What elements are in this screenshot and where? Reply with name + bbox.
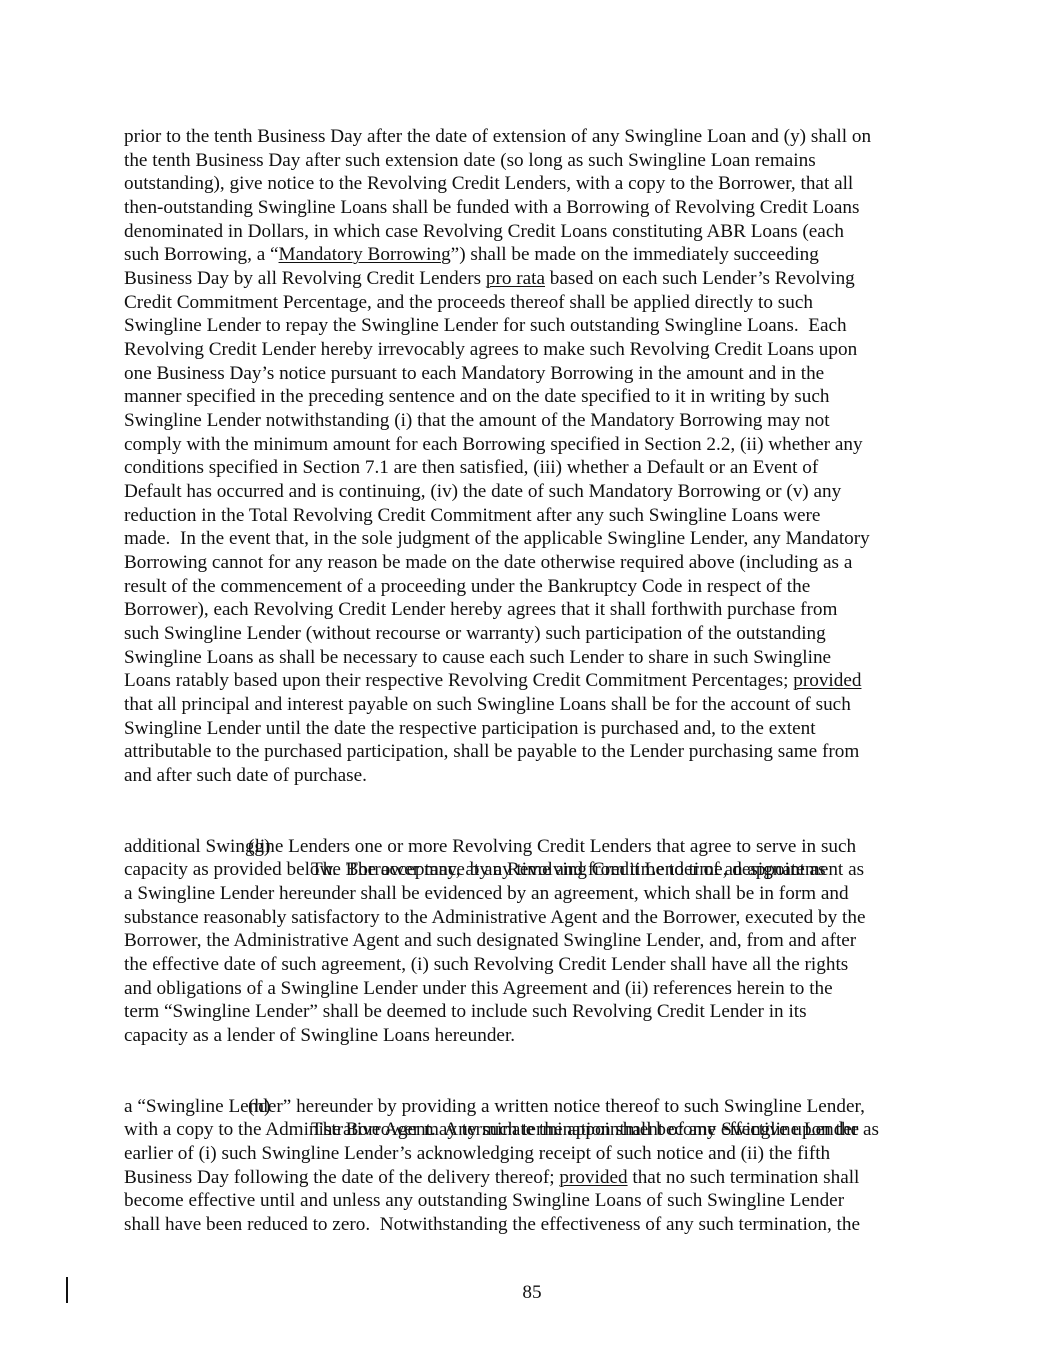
text-line: additional Swingline Lenders one or more… <box>124 835 856 859</box>
text-line: comply with the minimum amount for each … <box>124 433 863 457</box>
text-line: one Business Day’s notice pursuant to ea… <box>124 362 824 386</box>
text-line: Credit Commitment Percentage, and the pr… <box>124 291 813 315</box>
text-line: denominated in Dollars, in which case Re… <box>124 220 844 244</box>
text-line: Borrowing cannot for any reason be made … <box>124 551 852 575</box>
text-line: Business Day following the date of the d… <box>124 1166 859 1190</box>
text-line: Swingline Lender until the date the resp… <box>124 717 816 741</box>
text-line: outstanding), give notice to the Revolvi… <box>124 172 853 196</box>
page-number: 85 <box>0 1281 1055 1304</box>
text-line: result of the commencement of a proceedi… <box>124 575 810 599</box>
text-line: made. In the event that, in the sole jud… <box>124 527 870 551</box>
text-line: and obligations of a Swingline Lender un… <box>124 977 833 1001</box>
text-line: and after such date of purchase. <box>124 764 367 788</box>
text-line: reduction in the Total Revolving Credit … <box>124 504 820 528</box>
text-line: capacity as provided below. The acceptan… <box>124 858 864 882</box>
text-line: such Borrowing, a “Mandatory Borrowing”)… <box>124 243 819 267</box>
text-segment: Business Day following the date of the d… <box>124 1167 559 1188</box>
text-line: Swingline Lender to repay the Swingline … <box>124 314 847 338</box>
text-line: earlier of (i) such Swingline Lender’s a… <box>124 1142 830 1166</box>
text-line: the effective date of such agreement, (i… <box>124 953 848 977</box>
text-line: (h) The Borrower may terminate the appoi… <box>0 1071 1055 1095</box>
text-segment: Loans ratably based upon their respectiv… <box>124 670 793 691</box>
text-line: that all principal and interest payable … <box>124 693 851 717</box>
text-line: Borrower), each Revolving Credit Lender … <box>124 598 837 622</box>
text-line: attributable to the purchased participat… <box>124 740 859 764</box>
pro-rata-term: pro rata <box>486 268 545 289</box>
text-line: a Swingline Lender hereunder shall be ev… <box>124 882 849 906</box>
text-line: Default has occurred and is continuing, … <box>124 480 841 504</box>
provided-term: provided <box>559 1167 627 1188</box>
text-line: term “Swingline Lender” shall be deemed … <box>124 1000 807 1024</box>
defined-term-mandatory-borrowing: Mandatory Borrowing <box>279 244 451 265</box>
text-line: become effective until and unless any ou… <box>124 1189 844 1213</box>
text-segment: ”) shall be made on the immediately succ… <box>451 244 819 265</box>
text-line: such Swingline Lender (without recourse … <box>124 622 826 646</box>
text-line: (g) The Borrower may, at any time and fr… <box>0 811 1055 835</box>
text-line: Business Day by all Revolving Credit Len… <box>124 267 855 291</box>
text-line: Swingline Loans as shall be necessary to… <box>124 646 831 670</box>
text-line: substance reasonably satisfactory to the… <box>124 906 865 930</box>
text-line: Revolving Credit Lender hereby irrevocab… <box>124 338 857 362</box>
text-segment: that no such termination shall <box>628 1167 860 1188</box>
text-segment: based on each such Lender’s Revolving <box>545 268 855 289</box>
text-line: Borrower, the Administrative Agent and s… <box>124 929 856 953</box>
text-line: prior to the tenth Business Day after th… <box>124 125 871 149</box>
text-line: shall have been reduced to zero. Notwith… <box>124 1213 860 1237</box>
provided-term: provided <box>793 670 861 691</box>
text-line: manner specified in the preceding senten… <box>124 385 829 409</box>
text-segment: Business Day by all Revolving Credit Len… <box>124 268 486 289</box>
text-segment: such Borrowing, a “ <box>124 244 279 265</box>
text-line: conditions specified in Section 7.1 are … <box>124 456 818 480</box>
text-line: Swingline Lender notwithstanding (i) tha… <box>124 409 830 433</box>
text-line: Loans ratably based upon their respectiv… <box>124 669 861 693</box>
text-line: then-outstanding Swingline Loans shall b… <box>124 196 859 220</box>
text-line: capacity as a lender of Swingline Loans … <box>124 1024 515 1048</box>
document-page: prior to the tenth Business Day after th… <box>0 0 1055 1365</box>
text-line: a “Swingline Lender” hereunder by provid… <box>124 1095 865 1119</box>
text-line: the tenth Business Day after such extens… <box>124 149 816 173</box>
text-line: with a copy to the Administrative Agent.… <box>124 1118 859 1142</box>
